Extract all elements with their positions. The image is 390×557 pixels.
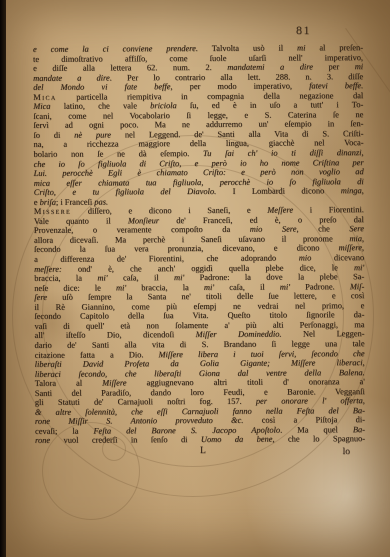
- text-segment: mi': [204, 283, 214, 292]
- text-segment: Miſſere libera i tuoi ſervi, ſecondo che: [159, 349, 365, 359]
- text-segment: Criſto, e tu figliuola del Diavolo.: [34, 187, 216, 197]
- text-segment: del Mondo vi fate beffe: [33, 82, 170, 92]
- text-segment: Ba-: [353, 425, 365, 434]
- text-segment: così a Piſtoja di-: [243, 415, 365, 425]
- text-segment: mi': [97, 274, 107, 283]
- text-segment: i Fiorentini.: [293, 205, 364, 214]
- text-segment: de' Franceſi, ed è, o preſo dal: [159, 215, 364, 225]
- text-segment: Talvolta usò il: [198, 43, 297, 53]
- page-footer: L lo: [34, 446, 364, 458]
- text-segment: briciola: [150, 101, 177, 110]
- text-segment: vuol crederſi in ſenſo di: [50, 435, 201, 445]
- text-segment: e diſſe alla lettera 62. num. 2.: [33, 63, 227, 73]
- text-segment: minga,: [341, 186, 364, 195]
- text-segment: braccia, la: [34, 274, 97, 283]
- text-segment: Tu ſai ch' io ti diſſi dinanzi,: [203, 148, 364, 158]
- text-segment: Provenzale, o veramente compoſto da: [34, 225, 250, 235]
- text-segment: rone: [35, 436, 50, 445]
- text-block: e come la ci conviene prendere. Talvolta…: [33, 43, 365, 446]
- text-segment: aggiugnevano altri titoli d' onoranza a': [126, 377, 364, 387]
- text-segment: Miſ-: [350, 282, 364, 291]
- text-segment: caſa, il: [107, 273, 174, 282]
- text-segment: mio: [299, 253, 312, 262]
- page-number: 81: [296, 23, 311, 38]
- text-segment: mi': [116, 283, 126, 292]
- text-segment: braccia, la: [126, 283, 204, 292]
- text-segment: Monſieur: [128, 216, 159, 225]
- text-segment: Meſſere: [267, 206, 293, 215]
- text-segment: Feſta del Barone S. Jacopo Apoſtolo: [93, 425, 280, 435]
- text-segment: Miſſer Domineddio.: [196, 330, 282, 339]
- text-segment: neſe dice: le: [34, 283, 116, 292]
- signature-mark: L: [200, 446, 206, 456]
- text-line: Criſto, e tu figliuola del Diavolo. I Lo…: [34, 186, 364, 197]
- text-segment: meſſere:: [34, 264, 62, 273]
- text-segment: Miſſere: [102, 379, 126, 388]
- book-page-scan: 81 e come la ci conviene prendere. Talvo…: [0, 0, 390, 557]
- text-segment: Sere: [349, 225, 364, 234]
- text-segment: mi': [174, 273, 184, 282]
- text-segment: per: [313, 62, 355, 71]
- text-segment: diſſero, e dicono i Saneſi, e: [71, 206, 267, 216]
- text-segment: Talora al: [35, 379, 102, 388]
- text-segment: Mica: [33, 102, 50, 111]
- text-segment: cevaſi; la: [35, 426, 93, 435]
- text-segment: Nel Leggen-: [281, 330, 364, 339]
- text-segment: Uomo da bene: [201, 435, 273, 444]
- paragraph: e come la ci conviene prendere. Talvolta…: [33, 43, 363, 92]
- text-segment: al preſen-: [305, 43, 363, 52]
- catchword: lo: [343, 447, 350, 457]
- text-segment: rone Miſſir S. Antonio provveduto &c.: [35, 416, 243, 426]
- text-segment: mio Sere: [250, 225, 297, 234]
- text-segment: fatevi beffe.: [309, 81, 363, 90]
- text-segment: Vale quanto il: [34, 216, 128, 225]
- text-line: rone vuol crederſi in ſenſo di Uomo da b…: [35, 435, 365, 446]
- text-segment: ſere: [34, 293, 47, 302]
- text-segment: ſu, ed è in uſo a tutt' i To-: [177, 100, 364, 110]
- text-segment: caſa, il: [214, 282, 280, 291]
- text-segment: mi': [354, 263, 364, 272]
- text-segment: mia,: [349, 234, 364, 243]
- text-segment: citazione fatta a Dio.: [35, 350, 159, 360]
- text-segment: ſo di: [33, 131, 74, 140]
- text-segment: briſa: [40, 197, 56, 206]
- paragraph: Mica particella riempitiva in compagnia …: [33, 91, 364, 207]
- text-segment: dicevano: [311, 253, 364, 262]
- text-segment: Padrone.: [290, 282, 350, 291]
- entry-headword: Missere: [34, 207, 71, 216]
- text-segment: latino, che vale: [50, 102, 150, 112]
- book-gutter-edge: [0, 0, 6, 557]
- text-segment: per onorare l' offerta,: [256, 396, 365, 406]
- text-segment: pas.: [94, 197, 108, 206]
- text-segment: nè pure: [74, 130, 111, 139]
- text-segment: mi': [280, 282, 290, 291]
- text-segment: . Ma quel: [280, 425, 353, 434]
- text-segment: , che: [296, 225, 349, 234]
- text-segment: ; i Franceſi: [56, 197, 94, 206]
- text-segment: , che lo Spagnuo-: [272, 435, 365, 444]
- text-segment: bolario non ſe ne dà eſempio.: [34, 149, 203, 159]
- text-segment: I Lombardi dicono: [216, 186, 341, 196]
- text-segment: mandatemi a dire: [227, 62, 313, 71]
- text-segment: mi: [355, 62, 363, 71]
- entry-headword: Mica: [33, 92, 56, 101]
- paragraph: Missere diſſero, e dicono i Saneſi, e Me…: [34, 205, 365, 445]
- text-segment: , per modo imperativo,: [170, 82, 309, 92]
- text-segment: gli Statuti de' Carnajuoli noſtri fog. 1…: [35, 397, 256, 407]
- text-segment: miſſere,: [338, 244, 364, 253]
- text-segment: e come la ci conviene prendere.: [33, 44, 198, 54]
- text-segment: all' iſteſſo Dio, dicendoſi: [34, 330, 195, 340]
- text-segment: Padrone: la dove la plebe Sa-: [184, 272, 364, 282]
- text-segment: mandate a dire: [33, 73, 110, 82]
